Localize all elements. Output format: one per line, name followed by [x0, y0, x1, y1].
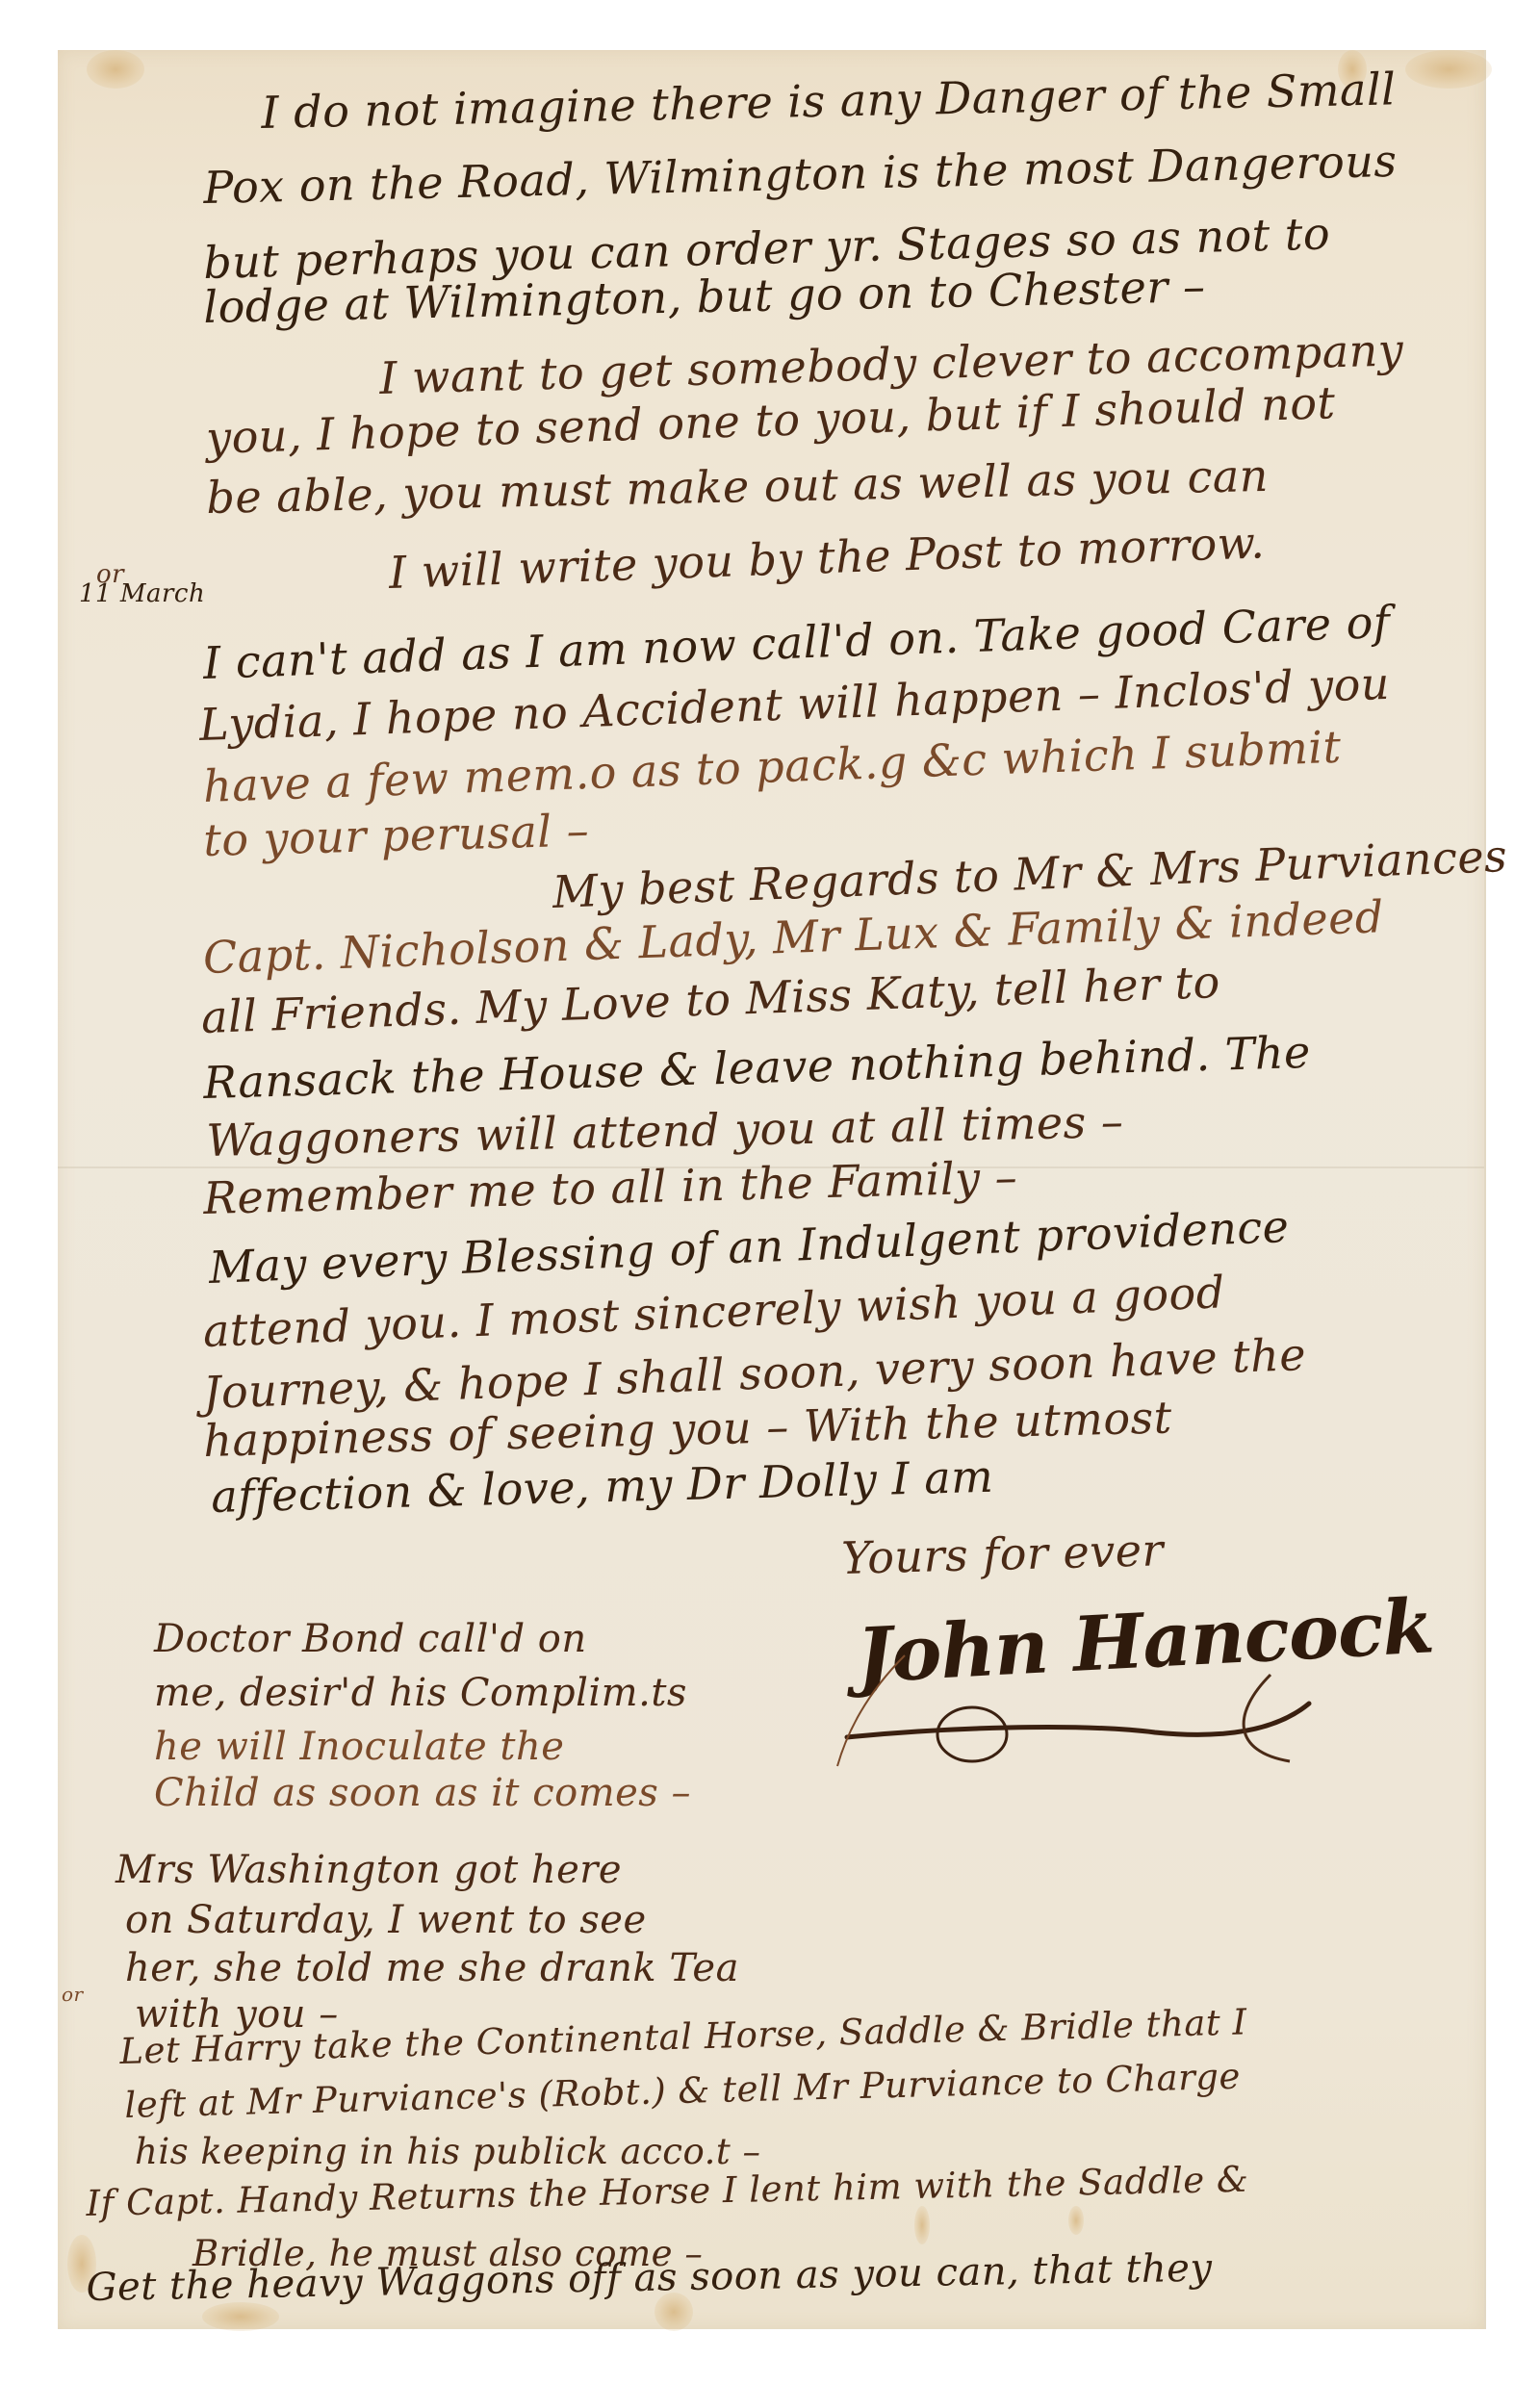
text-line: Mrs Washington got here: [115, 1848, 622, 1892]
signature-flourish-icon: [828, 1636, 1328, 1771]
margin-date: 11 March: [79, 579, 205, 608]
text-line: to your perusal –: [203, 805, 590, 866]
text-line: Doctor Bond call'd on: [154, 1617, 587, 1661]
stain: [914, 2206, 930, 2244]
stain: [87, 50, 144, 89]
text-line: he will Inoculate the: [154, 1725, 564, 1769]
text-line: his keeping in his publick acco.t –: [135, 2131, 761, 2172]
margin-mark: or: [62, 1983, 84, 2006]
text-line: Child as soon as it comes –: [154, 1771, 691, 1815]
stain: [1068, 2206, 1084, 2235]
stain: [1405, 50, 1492, 89]
text-line: on Saturday, I went to see: [125, 1898, 647, 1942]
text-line: her, she told me she drank Tea: [125, 1946, 739, 1990]
closing-text: Yours for ever: [841, 1524, 1165, 1584]
text-line: me, desir'd his Complim.ts: [154, 1671, 687, 1715]
